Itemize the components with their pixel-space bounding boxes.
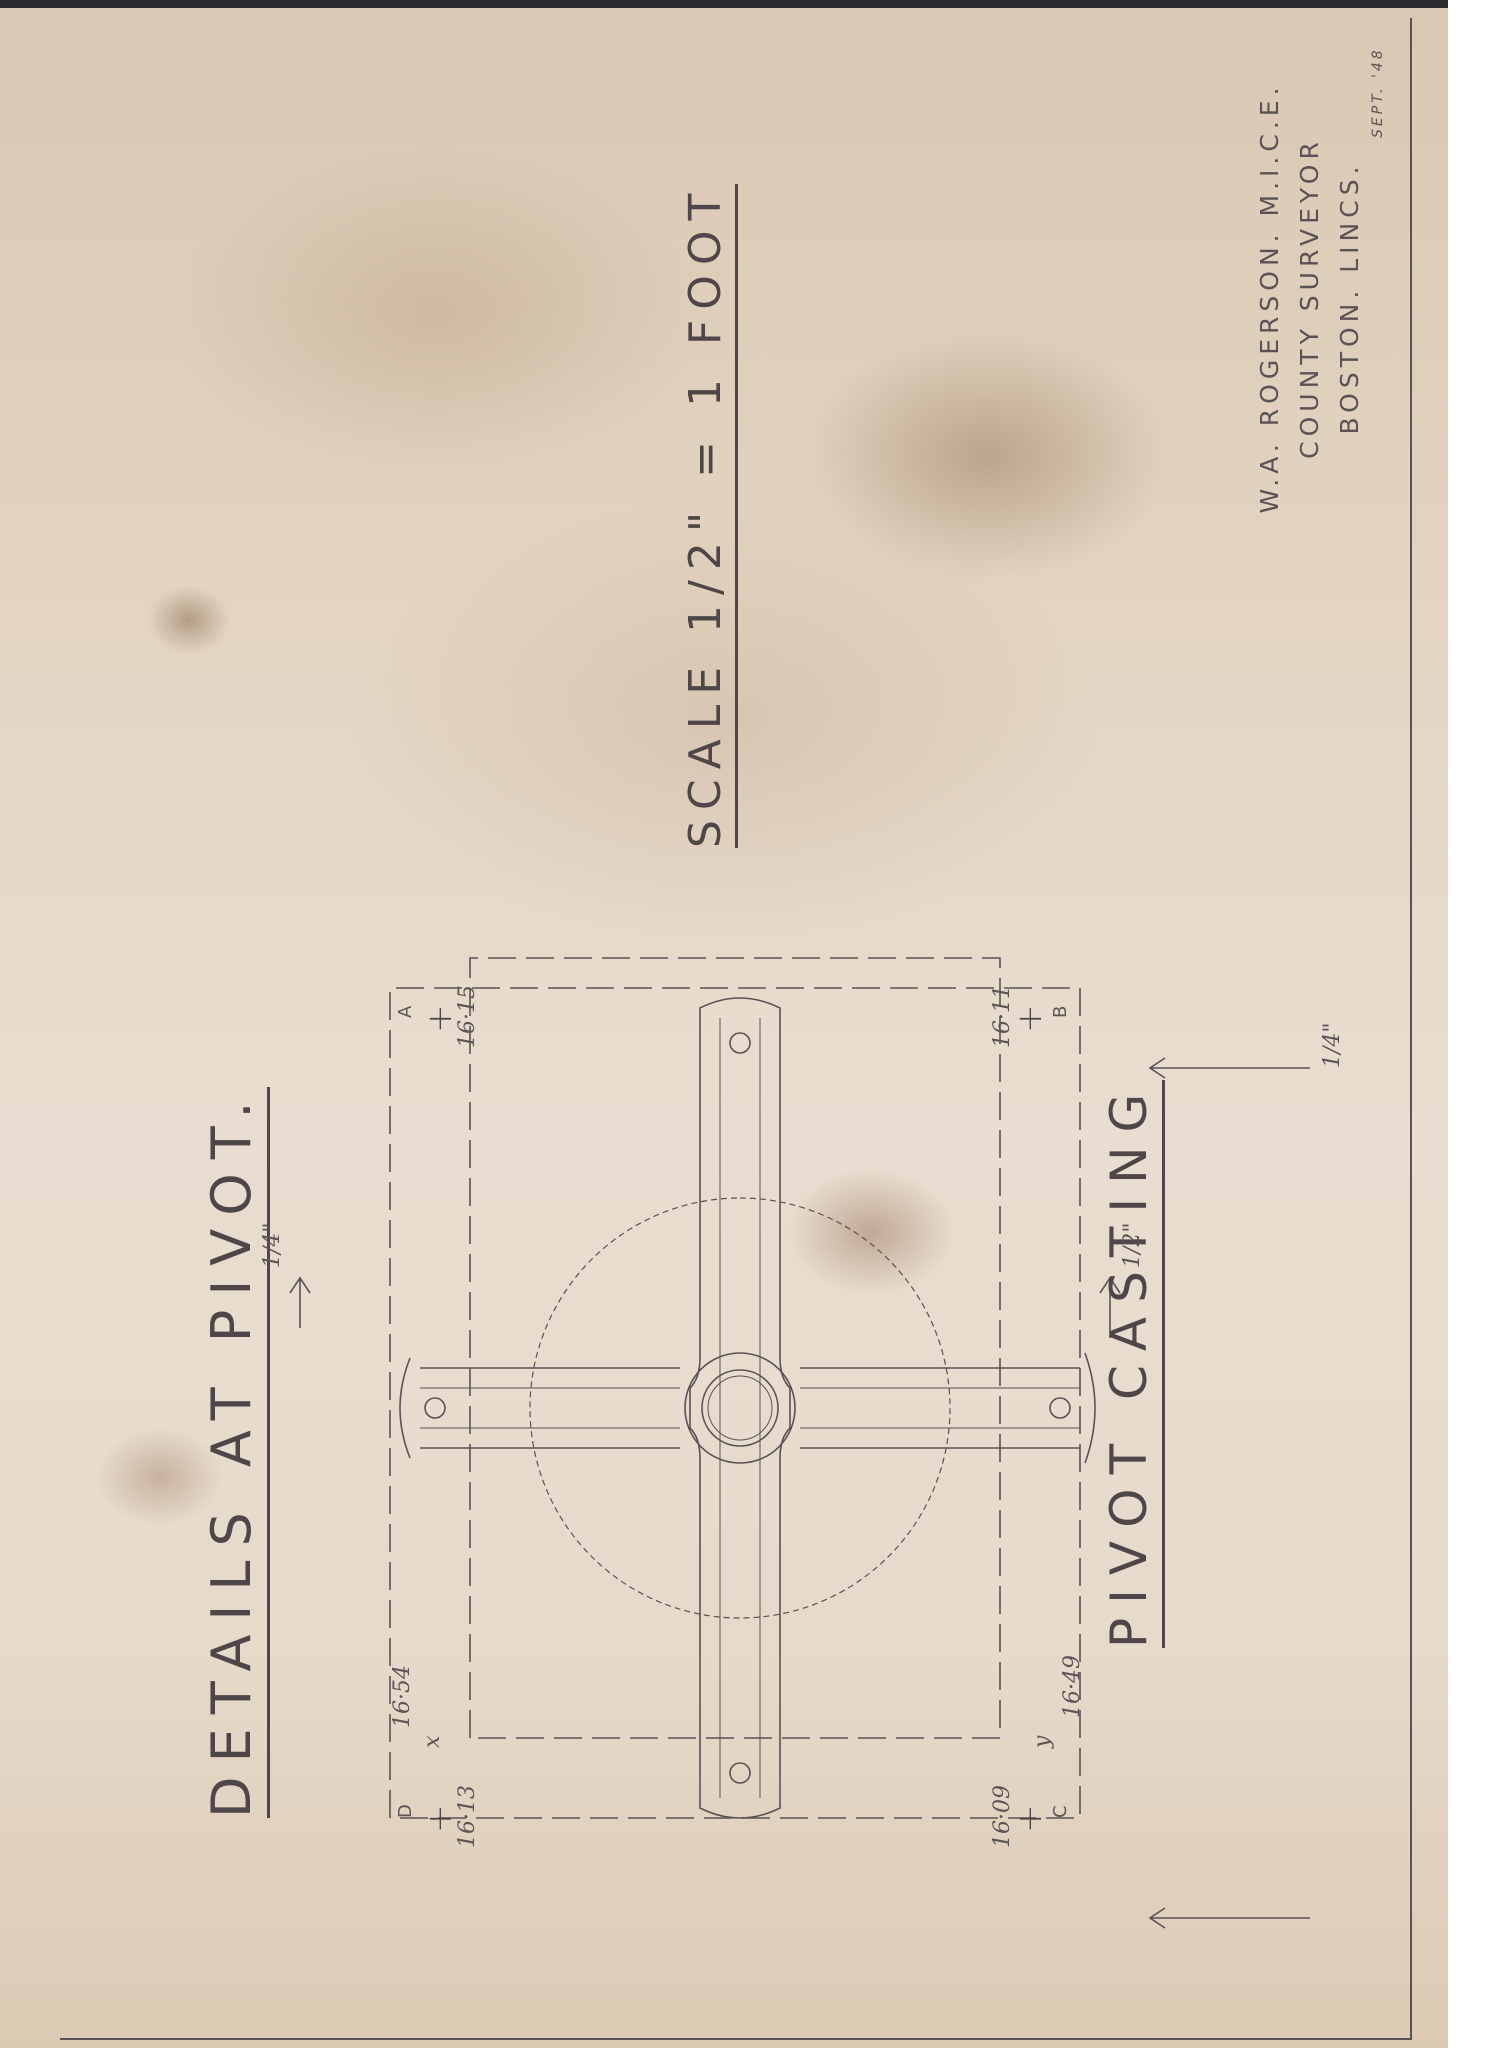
- point-marker-b: +: [1010, 1005, 1050, 1034]
- bolt-hole-left: [730, 1763, 750, 1783]
- point-label-b: B: [1050, 1006, 1071, 1018]
- bolt-label-x: x: [420, 1736, 445, 1748]
- drawing-date: SEPT. '48: [1370, 47, 1386, 138]
- bolt-level-x: 16·54: [390, 1665, 415, 1728]
- bolt-hole-bottom: [1050, 1398, 1070, 1418]
- outer-dashed-outline: [390, 988, 1080, 1818]
- quarter-inch-annotation: 1/4": [260, 1222, 285, 1268]
- part-title: PIVOT CASTING: [1100, 1080, 1165, 1648]
- bolt-hole-right: [730, 1033, 750, 1053]
- scale-label: SCALE 1/2" = 1 FOOT: [680, 184, 738, 848]
- point-level-c: 16·09: [990, 1785, 1015, 1848]
- point-label-a: A: [395, 1006, 416, 1018]
- title-block: W.A. ROGERSON. M.I.C.E. COUNTY SURVEYOR …: [1250, 28, 1370, 568]
- bolt-hole-top: [425, 1398, 445, 1418]
- arrow-left-side: [1150, 1908, 1310, 1928]
- point-label-c: C: [1050, 1805, 1071, 1818]
- point-marker-c: +: [1010, 1805, 1050, 1834]
- drawing-title: DETAILS AT PIVOT.: [200, 1087, 270, 1818]
- bolt-level-y: 16·49: [1060, 1655, 1085, 1718]
- point-marker-d: +: [420, 1805, 460, 1834]
- pivot-circle: [530, 1198, 950, 1618]
- surveyor-name: W.A. ROGERSON. M.I.C.E.: [1250, 28, 1290, 568]
- side-annotation: 1/4": [1320, 1022, 1345, 1068]
- half-inch-annotation: 1/2": [1120, 1222, 1145, 1268]
- point-marker-a: +: [420, 1005, 460, 1034]
- drawing-sheet: DETAILS AT PIVOT. PIVOT CASTING SCALE 1/…: [0, 8, 1452, 2048]
- surveyor-location: BOSTON. LINCS.: [1330, 28, 1370, 568]
- casting-arm-horizontal: [690, 998, 790, 1818]
- bolt-label-y: y: [1030, 1736, 1055, 1748]
- inner-dashed-outline: [470, 958, 1000, 1738]
- hub-inner: [702, 1370, 778, 1446]
- point-label-d: D: [395, 1804, 416, 1818]
- point-level-b: 16·11: [990, 985, 1015, 1048]
- surveyor-title: COUNTY SURVEYOR: [1290, 28, 1330, 568]
- arrow-right-side: [1150, 1058, 1310, 1078]
- point-level-d: 16·13: [455, 1785, 480, 1848]
- point-level-a: 16·15: [455, 985, 480, 1048]
- scanner-edge-right: [1448, 0, 1490, 2048]
- arrow-quarter-inch: [290, 1278, 310, 1328]
